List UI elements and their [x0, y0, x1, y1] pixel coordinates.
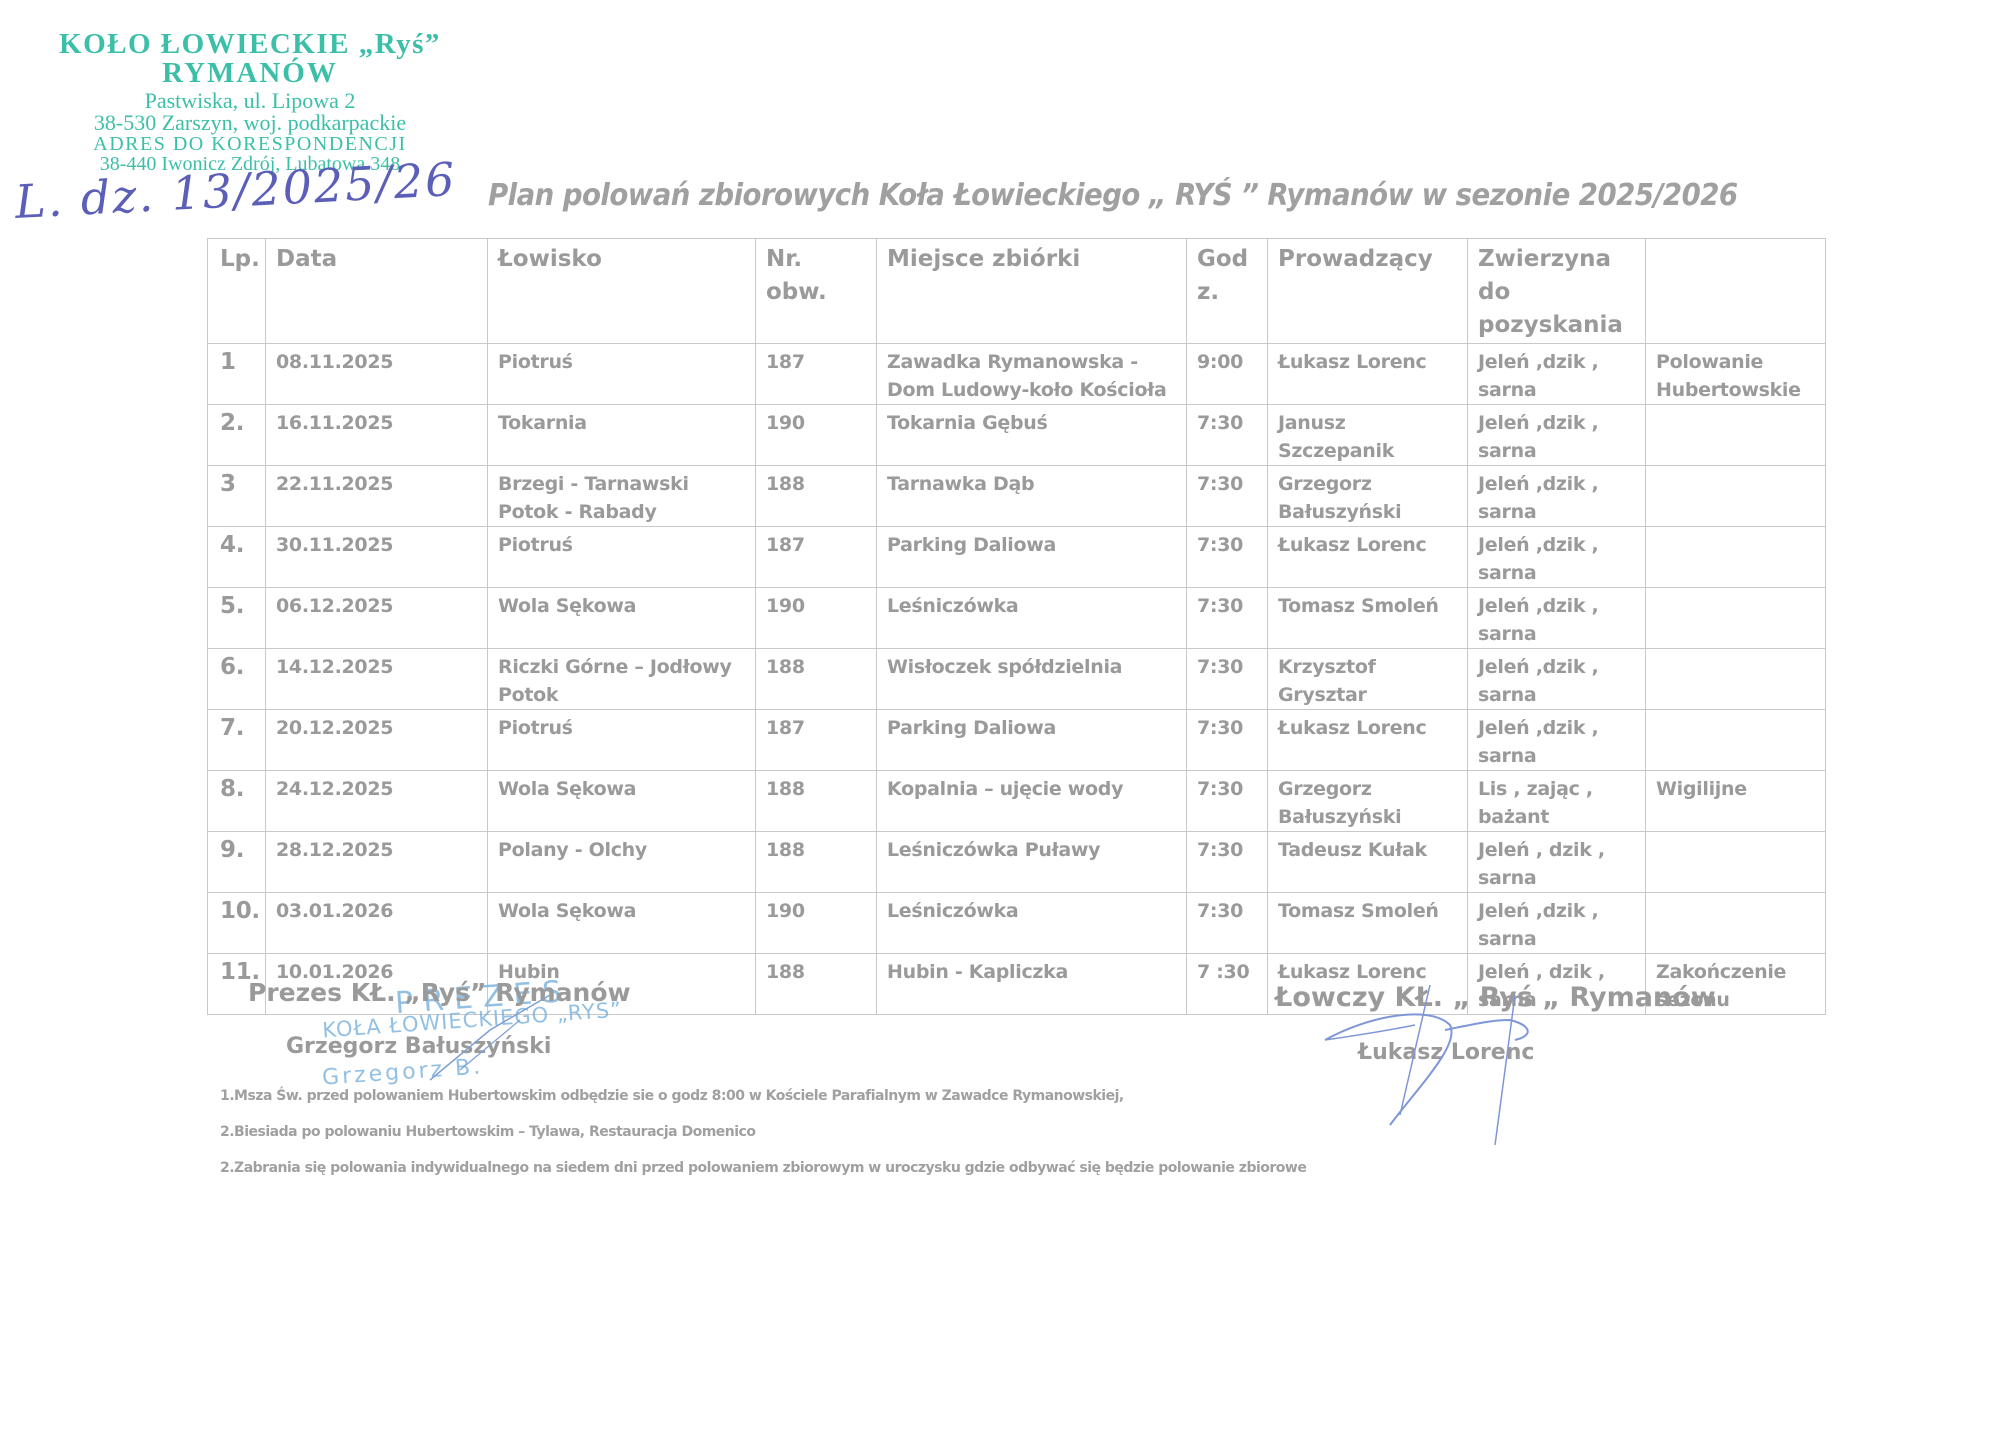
row-game: Jeleń ,dzik , sarna: [1468, 893, 1646, 954]
table-row: 8.24.12.2025Wola Sękowa188Kopalnia – uję…: [208, 771, 1826, 832]
row-game: Jeleń ,dzik , sarna: [1468, 527, 1646, 588]
header-district: Nr. obw.: [756, 239, 877, 344]
row-time: 7:30: [1187, 771, 1268, 832]
row-date: 14.12.2025: [266, 649, 488, 710]
row-notes: [1646, 466, 1826, 527]
row-district: 187: [756, 344, 877, 405]
president-signature-icon: [420, 990, 570, 1090]
huntsman-signature-icon: [1300, 985, 1600, 1145]
row-leader: Grzegorz Bałuszyński: [1268, 771, 1468, 832]
row-time: 7:30: [1187, 710, 1268, 771]
row-leader: Tomasz Smoleń: [1268, 588, 1468, 649]
row-notes: [1646, 649, 1826, 710]
row-district: 190: [756, 588, 877, 649]
row-meeting-place: Kopalnia – ujęcie wody: [877, 771, 1187, 832]
row-game: Jeleń ,dzik , sarna: [1468, 710, 1646, 771]
header-date: Data: [266, 239, 488, 344]
row-time: 7:30: [1187, 466, 1268, 527]
row-notes: [1646, 832, 1826, 893]
row-area: Piotruś: [488, 527, 756, 588]
row-area: Wola Sękowa: [488, 771, 756, 832]
row-leader: Łukasz Lorenc: [1268, 710, 1468, 771]
row-notes: [1646, 710, 1826, 771]
row-leader: Grzegorz Bałuszyński: [1268, 466, 1468, 527]
row-notes: [1646, 527, 1826, 588]
row-lp: 3: [208, 466, 266, 527]
row-leader: Tadeusz Kułak: [1268, 832, 1468, 893]
row-area: Brzegi - Tarnawski Potok - Rabady: [488, 466, 756, 527]
header-meeting-place: Miejsce zbiórki: [877, 239, 1187, 344]
row-date: 28.12.2025: [266, 832, 488, 893]
row-notes: Wigilijne: [1646, 771, 1826, 832]
row-time: 7:30: [1187, 527, 1268, 588]
row-date: 22.11.2025: [266, 466, 488, 527]
row-game: Jeleń ,dzik , sarna: [1468, 344, 1646, 405]
row-lp: 7.: [208, 710, 266, 771]
row-game: Jeleń ,dzik , sarna: [1468, 466, 1646, 527]
row-area: Piotruś: [488, 710, 756, 771]
table-row: 7.20.12.2025Piotruś187Parking Daliowa7:3…: [208, 710, 1826, 771]
correspondence-label: ADRES DO KORESPONDENCJI: [40, 134, 460, 154]
row-leader: Łukasz Lorenc: [1268, 344, 1468, 405]
row-lp: 6.: [208, 649, 266, 710]
row-area: Piotruś: [488, 344, 756, 405]
row-lp: 8.: [208, 771, 266, 832]
header-area: Łowisko: [488, 239, 756, 344]
table-row: 6.14.12.2025Riczki Górne – Jodłowy Potok…: [208, 649, 1826, 710]
row-meeting-place: Leśniczówka: [877, 893, 1187, 954]
row-meeting-place: Tokarnia Gębuś: [877, 405, 1187, 466]
row-area: Tokarnia: [488, 405, 756, 466]
row-time: 7:30: [1187, 649, 1268, 710]
row-district: 187: [756, 527, 877, 588]
row-district: 190: [756, 405, 877, 466]
row-area: Wola Sękowa: [488, 588, 756, 649]
club-address-1: Pastwiska, ul. Lipowa 2: [40, 90, 460, 112]
footnote-1: 1.Msza Św. przed polowaniem Hubertowskim…: [220, 1088, 1306, 1124]
header-notes: [1646, 239, 1826, 344]
row-meeting-place: Parking Daliowa: [877, 710, 1187, 771]
row-meeting-place: Hubin - Kapliczka: [877, 954, 1187, 1015]
row-date: 03.01.2026: [266, 893, 488, 954]
row-leader: Krzysztof Grysztar: [1268, 649, 1468, 710]
row-lp: 10.: [208, 893, 266, 954]
row-game: Jeleń ,dzik , sarna: [1468, 649, 1646, 710]
row-time: 7:30: [1187, 405, 1268, 466]
row-district: 188: [756, 649, 877, 710]
row-date: 08.11.2025: [266, 344, 488, 405]
row-date: 30.11.2025: [266, 527, 488, 588]
table-row: 5.06.12.2025Wola Sękowa190Leśniczówka7:3…: [208, 588, 1826, 649]
row-leader: Łukasz Lorenc: [1268, 527, 1468, 588]
row-meeting-place: Leśniczówka Puławy: [877, 832, 1187, 893]
club-stamp: KOŁO ŁOWIECKIE „Ryś” RYMANÓW Pastwiska, …: [40, 30, 460, 174]
table-row: 2.16.11.2025Tokarnia190Tokarnia Gębuś7:3…: [208, 405, 1826, 466]
row-game: Jeleń ,dzik , sarna: [1468, 588, 1646, 649]
row-district: 187: [756, 710, 877, 771]
row-district: 188: [756, 832, 877, 893]
row-meeting-place: Parking Daliowa: [877, 527, 1187, 588]
footnotes: 1.Msza Św. przed polowaniem Hubertowskim…: [220, 1088, 1306, 1196]
footnote-2: 2.Biesiada po polowaniu Hubertowskim – T…: [220, 1124, 1306, 1160]
header-lp: Lp.: [208, 239, 266, 344]
header-leader: Prowadzący: [1268, 239, 1468, 344]
row-meeting-place: Zawadka Rymanowska - Dom Ludowy-koło Koś…: [877, 344, 1187, 405]
row-district: 190: [756, 893, 877, 954]
row-time: 9:00: [1187, 344, 1268, 405]
row-district: 188: [756, 466, 877, 527]
row-notes: [1646, 893, 1826, 954]
table-row: 4.30.11.2025Piotruś187Parking Daliowa7:3…: [208, 527, 1826, 588]
header-game: Zwierzyna do pozyskania: [1468, 239, 1646, 344]
row-notes: Polowanie Hubertowskie: [1646, 344, 1826, 405]
row-time: 7:30: [1187, 588, 1268, 649]
row-notes: [1646, 405, 1826, 466]
header-time: God z.: [1187, 239, 1268, 344]
row-leader: Tomasz Smoleń: [1268, 893, 1468, 954]
row-date: 24.12.2025: [266, 771, 488, 832]
row-area: Riczki Górne – Jodłowy Potok: [488, 649, 756, 710]
row-lp: 5.: [208, 588, 266, 649]
row-leader: Janusz Szczepanik: [1268, 405, 1468, 466]
table-row: 108.11.2025Piotruś187Zawadka Rymanowska …: [208, 344, 1826, 405]
row-meeting-place: Tarnawka Dąb: [877, 466, 1187, 527]
row-area: Polany - Olchy: [488, 832, 756, 893]
club-address-2: 38-530 Zarszyn, woj. podkarpackie: [40, 112, 460, 134]
row-time: 7 :30: [1187, 954, 1268, 1015]
row-lp: 4.: [208, 527, 266, 588]
footnote-3: 2.Zabrania się polowania indywidualnego …: [220, 1160, 1306, 1196]
club-name: KOŁO ŁOWIECKIE „Ryś”: [40, 30, 460, 59]
row-time: 7:30: [1187, 832, 1268, 893]
table-header-row: Lp. Data Łowisko Nr. obw. Miejsce zbiórk…: [208, 239, 1826, 344]
table-row: 9.28.12.2025Polany - Olchy188Leśniczówka…: [208, 832, 1826, 893]
row-lp: 9.: [208, 832, 266, 893]
row-game: Jeleń , dzik , sarna: [1468, 832, 1646, 893]
row-notes: [1646, 588, 1826, 649]
row-date: 16.11.2025: [266, 405, 488, 466]
row-game: Lis , zając , bażant: [1468, 771, 1646, 832]
row-district: 188: [756, 954, 877, 1015]
row-time: 7:30: [1187, 893, 1268, 954]
row-area: Wola Sękowa: [488, 893, 756, 954]
row-date: 06.12.2025: [266, 588, 488, 649]
hunt-schedule-table: Lp. Data Łowisko Nr. obw. Miejsce zbiórk…: [207, 238, 1826, 1015]
row-meeting-place: Leśniczówka: [877, 588, 1187, 649]
row-lp: 2.: [208, 405, 266, 466]
table-row: 322.11.2025Brzegi - Tarnawski Potok - Ra…: [208, 466, 1826, 527]
row-game: Jeleń ,dzik , sarna: [1468, 405, 1646, 466]
row-district: 188: [756, 771, 877, 832]
row-lp: 1: [208, 344, 266, 405]
table-row: 10.03.01.2026Wola Sękowa190Leśniczówka7:…: [208, 893, 1826, 954]
row-date: 20.12.2025: [266, 710, 488, 771]
document-title: Plan polowań zbiorowych Koła Łowieckiego…: [488, 178, 1738, 213]
row-meeting-place: Wisłoczek spółdzielnia: [877, 649, 1187, 710]
club-city: RYMANÓW: [40, 59, 460, 88]
